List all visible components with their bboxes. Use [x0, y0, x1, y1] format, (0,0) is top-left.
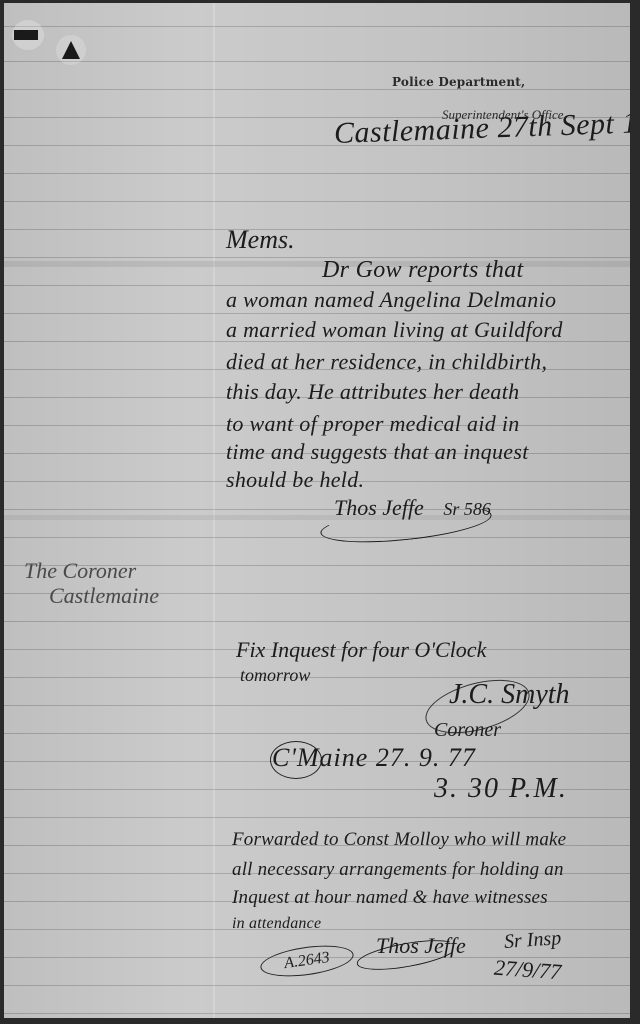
forwarding-line: in attendance	[232, 915, 321, 933]
addressee-line-1: The Coroner	[24, 558, 136, 584]
coroner-place-date: C'Maine 27. 9. 77	[272, 743, 476, 773]
punch-hole-icon	[14, 30, 38, 40]
body-line: a woman named Angelina Delmanio	[226, 287, 556, 313]
paper-fold-horizontal-2	[4, 515, 630, 520]
reference-stamp: A.2643	[259, 941, 356, 982]
coroner-reply-line-1: Fix Inquest for four O'Clock	[236, 637, 486, 663]
torn-hole-icon	[62, 41, 80, 59]
signature-rank: Sr 586	[443, 499, 491, 519]
forwarding-date: 27/9/77	[493, 955, 562, 986]
forwarding-line: Forwarded to Const Molloy who will make	[232, 829, 566, 851]
salutation: Mems.	[226, 225, 295, 255]
forwarding-line: all necessary arrangements for holding a…	[232, 859, 564, 881]
body-line: Dr Gow reports that	[322, 257, 524, 284]
place-and-date: Castlemaine 27th Sept 1877	[333, 105, 630, 151]
forwarding-signature: Thos Jeffe	[376, 933, 466, 959]
coroner-signature: J.C. Smyth	[449, 679, 570, 711]
body-line: a married woman living at Guildford	[226, 317, 563, 343]
paper-fold-vertical	[213, 3, 215, 1018]
body-line: died at her residence, in childbirth,	[226, 349, 547, 375]
signature-name: Thos Jeffe	[334, 495, 424, 520]
addressee-line-2: Castlemaine	[49, 583, 159, 609]
body-line: this day. He attributes her death	[226, 379, 519, 405]
forwarding-line: Inquest at hour named & have witnesses	[232, 887, 548, 909]
coroner-time: 3. 30 P.M.	[434, 773, 568, 805]
letterhead-department: Police Department,	[392, 75, 525, 89]
document-page: Police Department, Superintendent's Offi…	[4, 3, 630, 1018]
body-line: to want of proper medical aid in	[226, 411, 520, 437]
coroner-reply-line-2: tomorrow	[240, 665, 310, 686]
body-line: should be held.	[226, 467, 364, 493]
forwarding-rank: Sr Insp	[503, 927, 562, 954]
signature-sergeant: Thos Jeffe Sr 586	[334, 495, 491, 521]
coroner-title: Coroner	[434, 719, 501, 742]
body-line: time and suggests that an inquest	[226, 439, 529, 465]
paper-fold-horizontal	[4, 261, 630, 267]
